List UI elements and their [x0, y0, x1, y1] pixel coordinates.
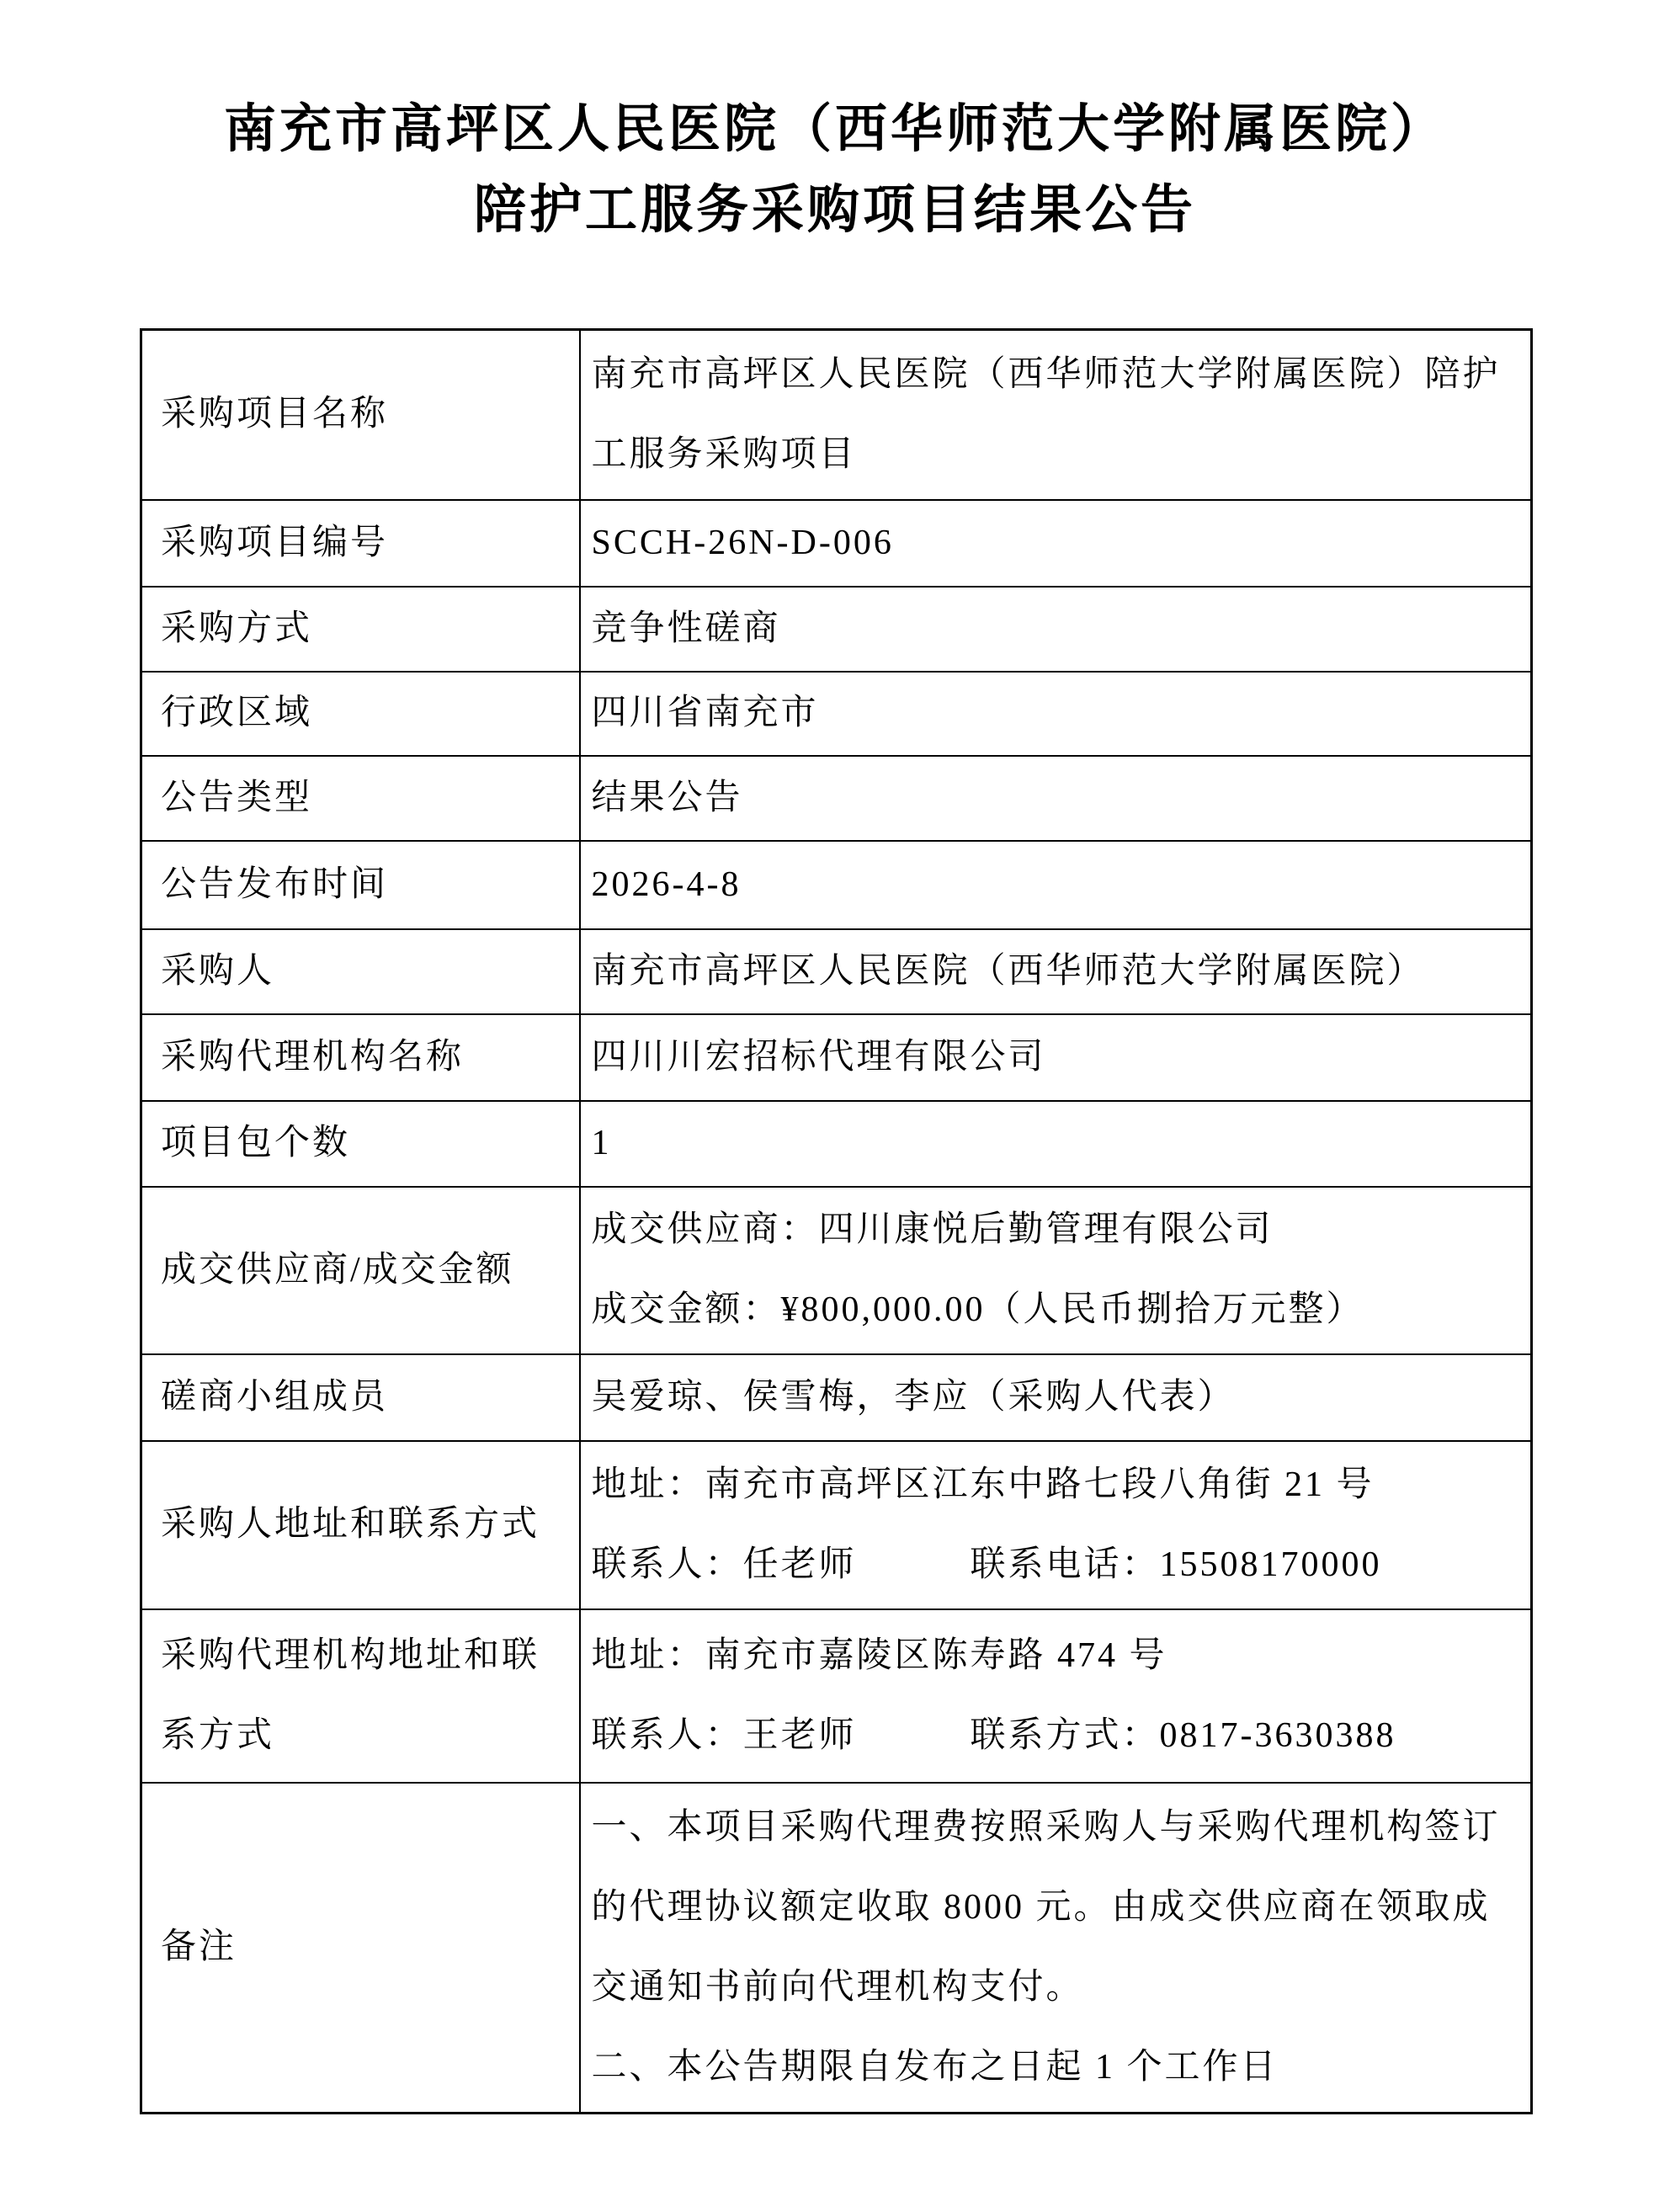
document-page: 南充市高坪区人民医院（西华师范大学附属医院） 陪护工服务采购项目结果公告 采购项…	[0, 0, 1670, 2212]
row-label: 项目包个数	[141, 1101, 580, 1187]
row-label: 磋商小组成员	[141, 1354, 580, 1441]
row-label: 行政区域	[141, 672, 580, 756]
row-panel-members: 磋商小组成员 吴爱琼、侯雪梅，李应（采购人代表）	[141, 1354, 1532, 1441]
row-value: 南充市高坪区人民医院（西华师范大学附属医院）	[580, 929, 1532, 1014]
page-title: 南充市高坪区人民医院（西华师范大学附属医院） 陪护工服务采购项目结果公告	[0, 0, 1670, 251]
row-value: 四川省南充市	[580, 672, 1532, 756]
row-label: 采购人	[141, 929, 580, 1014]
row-announcement-date: 公告发布时间 2026-4-8	[141, 841, 1532, 929]
row-value: 吴爱琼、侯雪梅，李应（采购人代表）	[580, 1354, 1532, 1441]
row-label: 公告类型	[141, 756, 580, 841]
row-purchaser-contact: 采购人地址和联系方式 地址：南充市高坪区江东中路七段八角街 21 号 联系人：任…	[141, 1441, 1532, 1609]
row-label: 采购代理机构名称	[141, 1014, 580, 1101]
page-title-line2: 陪护工服务采购项目结果公告	[0, 170, 1670, 251]
row-label: 公告发布时间	[141, 841, 580, 929]
row-label: 采购代理机构地址和联 系方式	[141, 1609, 580, 1783]
row-admin-region: 行政区域 四川省南充市	[141, 672, 1532, 756]
row-agency-name: 采购代理机构名称 四川川宏招标代理有限公司	[141, 1014, 1532, 1101]
row-label: 成交供应商/成交金额	[141, 1187, 580, 1354]
announcement-table: 采购项目名称 南充市高坪区人民医院（西华师范大学附属医院）陪护 工服务采购项目 …	[140, 328, 1533, 2114]
row-procurement-method: 采购方式 竞争性磋商	[141, 587, 1532, 672]
row-label: 采购人地址和联系方式	[141, 1441, 580, 1609]
row-value: 南充市高坪区人民医院（西华师范大学附属医院）陪护 工服务采购项目	[580, 330, 1532, 500]
page-title-line1: 南充市高坪区人民医院（西华师范大学附属医院）	[0, 89, 1670, 170]
row-package-count: 项目包个数 1	[141, 1101, 1532, 1187]
row-supplier-amount: 成交供应商/成交金额 成交供应商：四川康悦后勤管理有限公司 成交金额：¥800,…	[141, 1187, 1532, 1354]
row-value: 一、本项目采购代理费按照采购人与采购代理机构签订 的代理协议额定收取 8000 …	[580, 1783, 1532, 2114]
row-value: 2026-4-8	[580, 841, 1532, 929]
row-project-name: 采购项目名称 南充市高坪区人民医院（西华师范大学附属医院）陪护 工服务采购项目	[141, 330, 1532, 500]
row-value: 成交供应商：四川康悦后勤管理有限公司 成交金额：¥800,000.00（人民币捌…	[580, 1187, 1532, 1354]
row-purchaser: 采购人 南充市高坪区人民医院（西华师范大学附属医院）	[141, 929, 1532, 1014]
row-remarks: 备注 一、本项目采购代理费按照采购人与采购代理机构签订 的代理协议额定收取 80…	[141, 1783, 1532, 2114]
row-value: 地址：南充市高坪区江东中路七段八角街 21 号 联系人：任老师 联系电话：155…	[580, 1441, 1532, 1609]
row-value: 1	[580, 1101, 1532, 1187]
row-value: 竞争性磋商	[580, 587, 1532, 672]
row-label: 采购项目名称	[141, 330, 580, 500]
row-value: SCCH-26N-D-006	[580, 500, 1532, 587]
row-label: 采购项目编号	[141, 500, 580, 587]
row-project-number: 采购项目编号 SCCH-26N-D-006	[141, 500, 1532, 587]
row-value: 四川川宏招标代理有限公司	[580, 1014, 1532, 1101]
row-announcement-type: 公告类型 结果公告	[141, 756, 1532, 841]
row-agency-contact: 采购代理机构地址和联 系方式 地址：南充市嘉陵区陈寿路 474 号 联系人：王老…	[141, 1609, 1532, 1783]
row-label: 采购方式	[141, 587, 580, 672]
row-value: 地址：南充市嘉陵区陈寿路 474 号 联系人：王老师 联系方式：0817-363…	[580, 1609, 1532, 1783]
row-value: 结果公告	[580, 756, 1532, 841]
row-label: 备注	[141, 1783, 580, 2114]
